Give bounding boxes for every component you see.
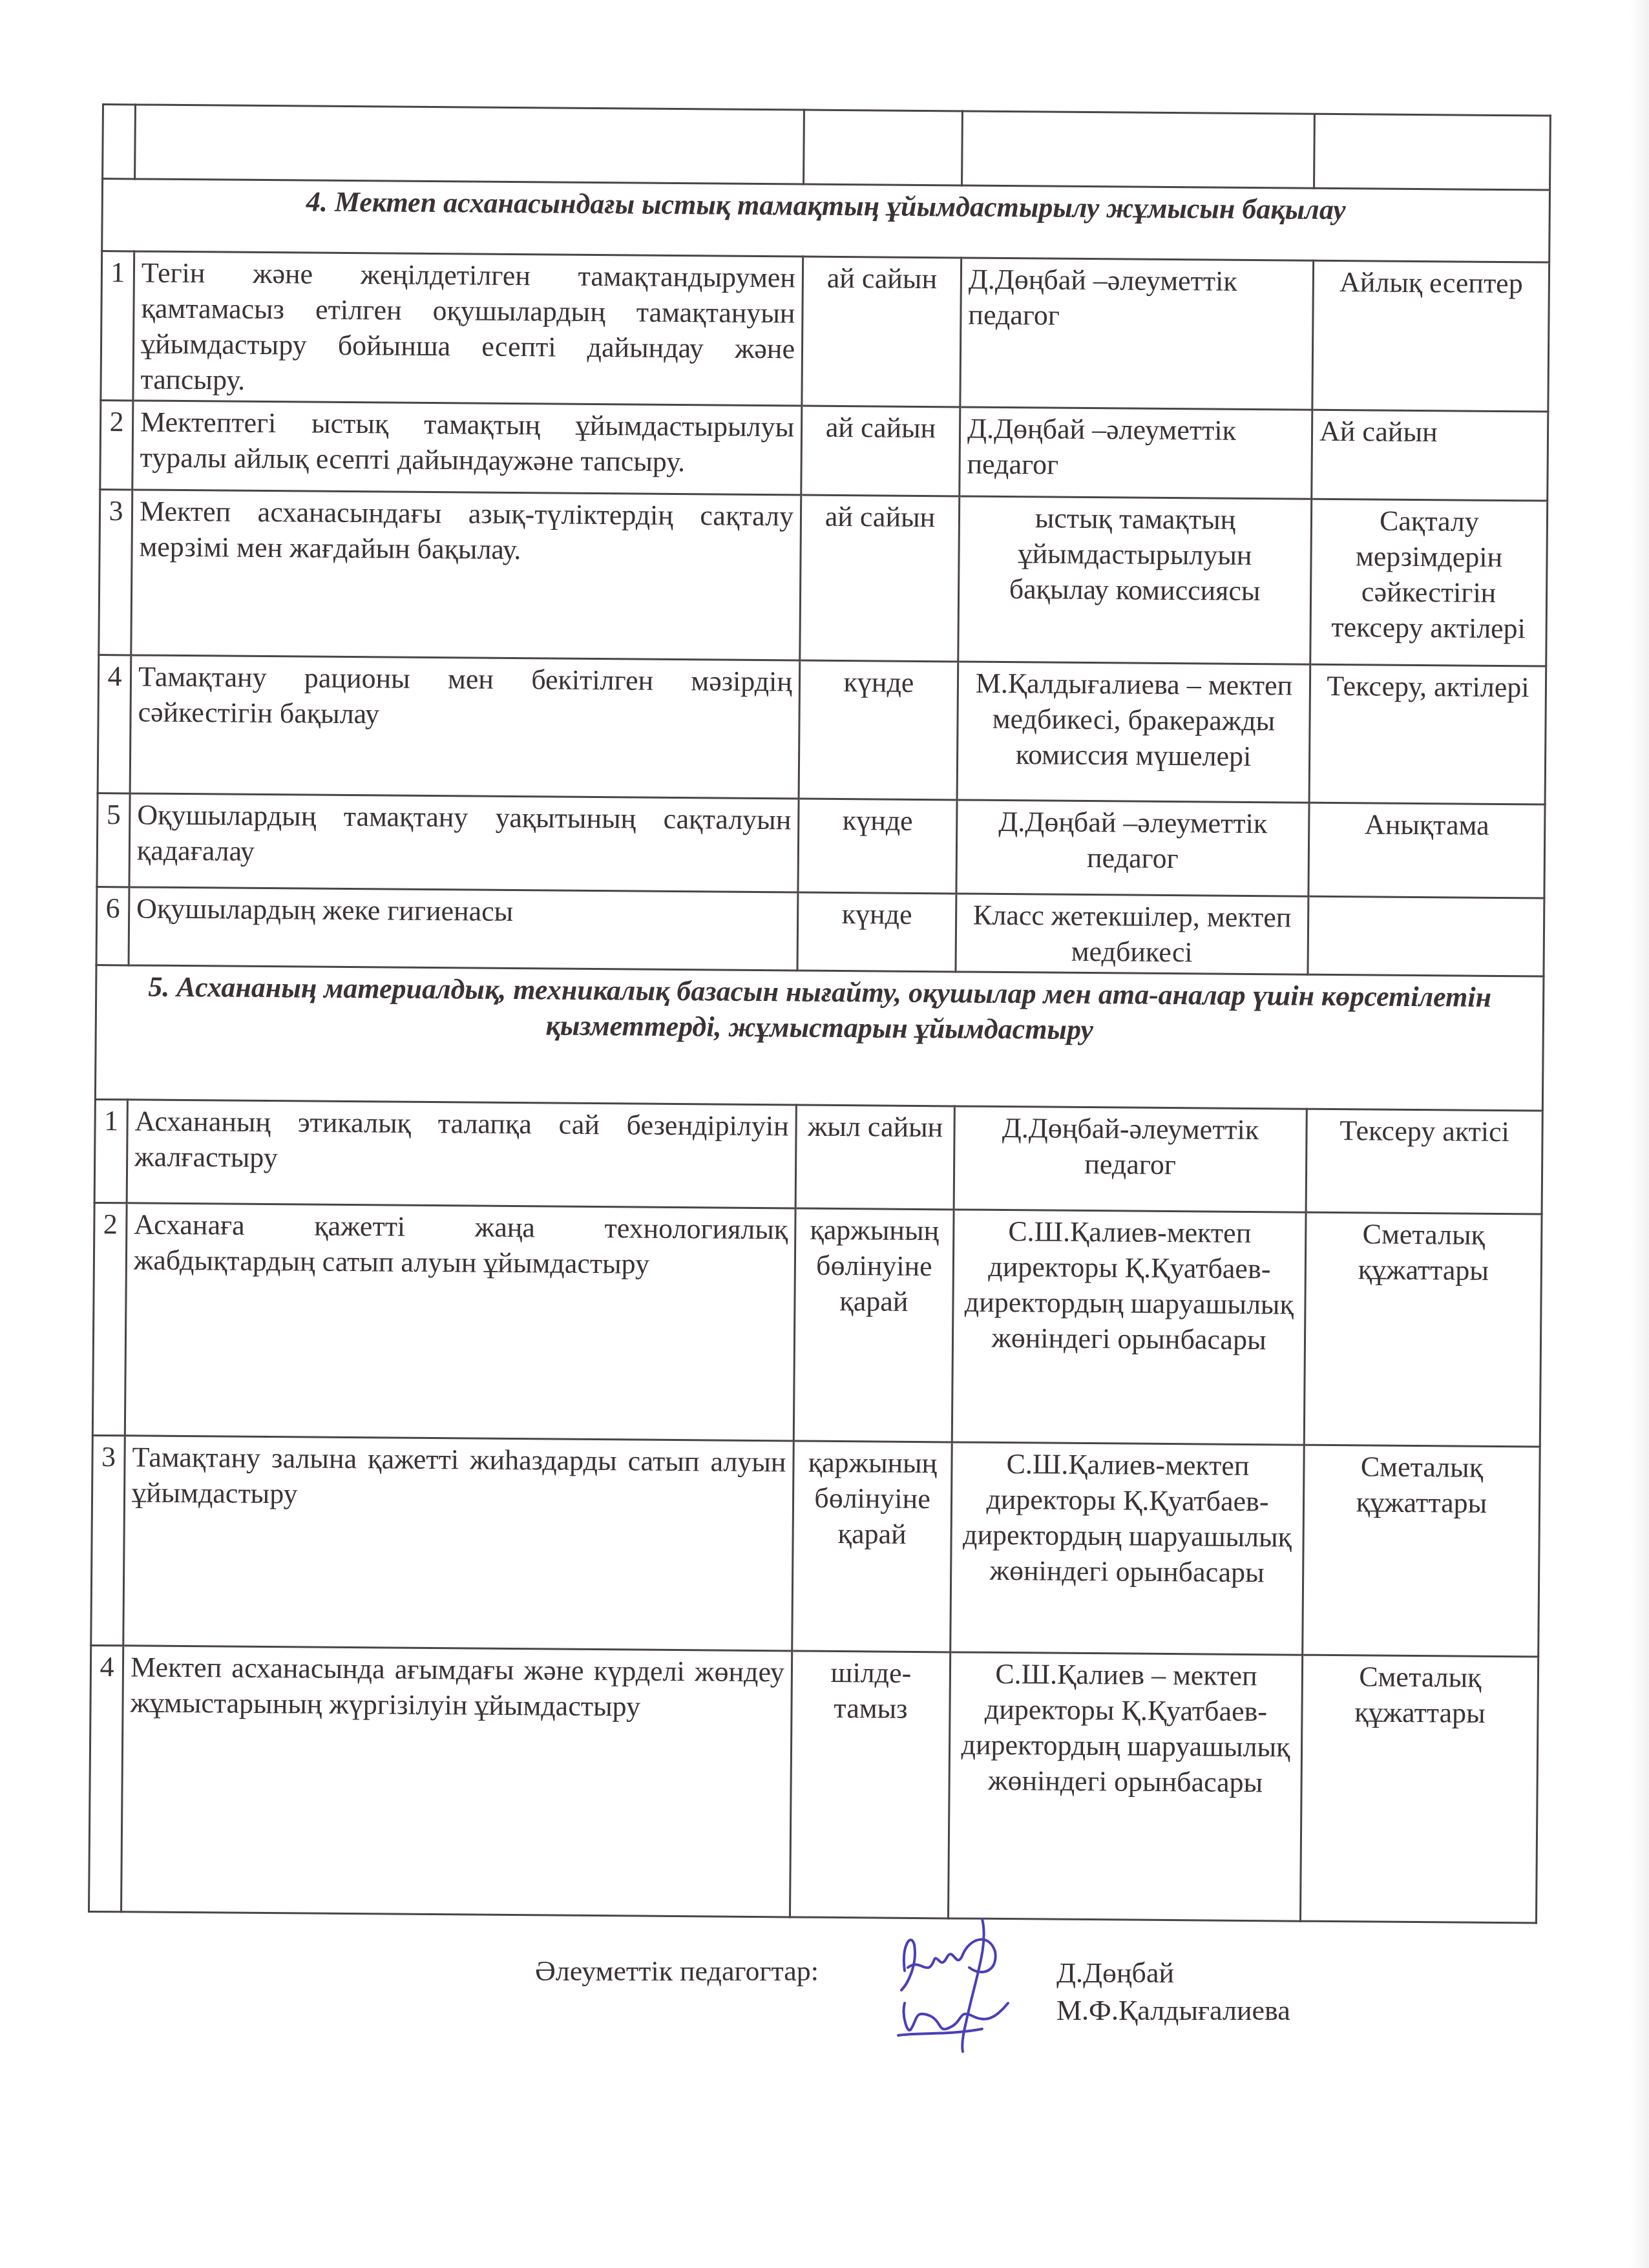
- task-text: Оқушылардың тамақтану уақытының сақталуы…: [129, 793, 799, 892]
- row-number: 4: [98, 655, 131, 793]
- row-number: 6: [96, 887, 129, 965]
- frequency-text: ай сайын: [801, 406, 960, 496]
- section-4-header-row: 4. Мектеп асханасындағы ыстық тамақтың ұ…: [102, 179, 1550, 263]
- handwritten-signature-icon: [892, 1906, 1040, 2055]
- task-text: Мектептегі ыстық тамақтың ұйымдастырылуы…: [132, 401, 802, 495]
- task-text: Мектеп асханасында ағымдағы және күрделі…: [121, 1646, 792, 1917]
- frequency-text: күнде: [797, 892, 956, 972]
- frequency-text: күнде: [799, 660, 958, 800]
- signatory-names: Д.Дөңбай М.Ф.Қалдығалиева: [1056, 1955, 1290, 2030]
- task-text: Тегін және жеңілдетілген тамақтандырумен…: [133, 251, 803, 406]
- responsible-text: Д.Дөңбай –әлеуметтік педагог: [960, 258, 1314, 410]
- result-text: Сметалық құжаттары: [1300, 1655, 1538, 1923]
- section-5-header-row: 5. Асхананың материалдық, техникалық баз…: [95, 965, 1544, 1111]
- frequency-text: ай сайын: [802, 257, 961, 407]
- row-number: 3: [91, 1435, 125, 1645]
- result-text: Анықтама: [1308, 803, 1545, 898]
- responsible-text: С.Ш.Қалиев-мектеп директоры Қ.Қуатбаев-д…: [952, 1210, 1306, 1445]
- frequency-text: қаржының бөлінуіне қарай: [793, 1208, 954, 1442]
- responsible-text: Д.Дөңбай –әлеуметтік педагог: [956, 800, 1309, 896]
- result-text: Тексеру актісі: [1306, 1109, 1542, 1214]
- result-text: [1308, 896, 1544, 976]
- table-row: 5 Оқушылардың тамақтану уақытының сақтал…: [97, 793, 1545, 898]
- cell-task: [135, 105, 804, 184]
- cell-frequency: [804, 110, 963, 185]
- table-row-empty: [103, 105, 1551, 191]
- cell-responsible: [962, 111, 1315, 188]
- table-row: 2 Мектептегі ыстық тамақтың ұйымдастырыл…: [100, 400, 1548, 501]
- task-text: Асханаға қажетті жаңа технологиялық жабд…: [125, 1203, 795, 1441]
- result-text: Айлық есептер: [1312, 260, 1549, 412]
- task-text: Тамақтану рационы мен бекітілген мәзірді…: [130, 655, 800, 799]
- table-row: 4 Тамақтану рационы мен бекітілген мәзір…: [98, 655, 1546, 804]
- plan-table: 4. Мектеп асханасындағы ыстық тамақтың ұ…: [88, 103, 1551, 1924]
- responsible-text: М.Қалдығалиева – мектеп медбикесі, браке…: [957, 662, 1310, 803]
- table-row: 3 Тамақтану залына қажетті жиһаздарды са…: [91, 1435, 1540, 1657]
- result-text: Ай сайын: [1312, 410, 1548, 501]
- result-text: Тексеру, актілері: [1309, 664, 1546, 804]
- responsible-text: С.Ш.Қалиев – мектеп директоры Қ.Қуатбаев…: [948, 1652, 1302, 1921]
- signatory-name-1: Д.Дөңбай: [1056, 1955, 1290, 1992]
- table-row: 2 Асханаға қажетті жаңа технологиялық жа…: [92, 1202, 1542, 1447]
- table-row: 1 Тегін және жеңілдетілген тамақтандырум…: [101, 251, 1549, 412]
- table-row: 1 Асхананың этикалық талапқа сай безенді…: [94, 1099, 1542, 1214]
- section-5-title: 5. Асхананың материалдық, техникалық баз…: [95, 965, 1544, 1111]
- frequency-text: ай сайын: [800, 495, 960, 662]
- task-text: Асхананың этикалық талапқа сай безендірі…: [127, 1100, 796, 1208]
- task-text: Тамақтану залына қажетті жиһаздарды саты…: [123, 1436, 794, 1651]
- responsible-text: С.Ш.Қалиев-мектеп директоры Қ.Қуатбаев-д…: [951, 1442, 1305, 1655]
- frequency-text: шілде-тамыз: [790, 1651, 950, 1918]
- table-row: 3 Мектеп асханасындағы азық-түліктердің …: [99, 489, 1548, 666]
- row-number: 4: [89, 1645, 123, 1911]
- row-number: 3: [99, 489, 132, 655]
- frequency-text: қаржының бөлінуіне қарай: [792, 1441, 952, 1652]
- scanned-page: 4. Мектеп асханасындағы ыстық тамақтың ұ…: [0, 0, 1649, 2268]
- frequency-text: күнде: [798, 799, 957, 894]
- row-number: 2: [92, 1202, 127, 1435]
- result-text: Сметалық құжаттары: [1303, 1445, 1540, 1657]
- signatories-label: Әлеуметтік педагогтар:: [535, 1955, 819, 1988]
- table-row: 4 Мектеп асханасында ағымдағы және күрде…: [89, 1645, 1539, 1923]
- row-number: 1: [94, 1099, 127, 1202]
- task-text: Оқушылардың жеке гигиенасы: [129, 887, 798, 971]
- responsible-text: ыстық тамақтың ұйымдастырылуын бақылау к…: [958, 496, 1312, 664]
- row-number: 5: [97, 793, 130, 887]
- frequency-text: жыл сайын: [795, 1105, 954, 1210]
- table-row: 6 Оқушылардың жеке гигиенасы күнде Класс…: [96, 887, 1544, 976]
- cell-num: [103, 105, 136, 179]
- cell-result: [1314, 114, 1551, 190]
- responsible-text: Класс жетекшілер, мектеп медбикесі: [956, 894, 1308, 974]
- scan-shadow-edge: [1630, 0, 1649, 2268]
- result-text: Сақталу мерзімдерін сәйкестігін тексеру …: [1310, 499, 1548, 666]
- task-text: Мектеп асханасындағы азық-түліктердің са…: [131, 490, 801, 660]
- signatory-name-2: М.Ф.Қалдығалиева: [1056, 1992, 1290, 2030]
- responsible-text: Д.Дөңбай –әлеуметтік педагог: [960, 407, 1312, 499]
- row-number: 2: [100, 400, 133, 489]
- section-4-title: 4. Мектеп асханасындағы ыстық тамақтың ұ…: [102, 179, 1550, 263]
- result-text: Сметалық құжаттары: [1304, 1212, 1542, 1447]
- row-number: 1: [101, 251, 134, 401]
- responsible-text: Д.Дөңбай-әлеуметтік педагог: [954, 1106, 1307, 1212]
